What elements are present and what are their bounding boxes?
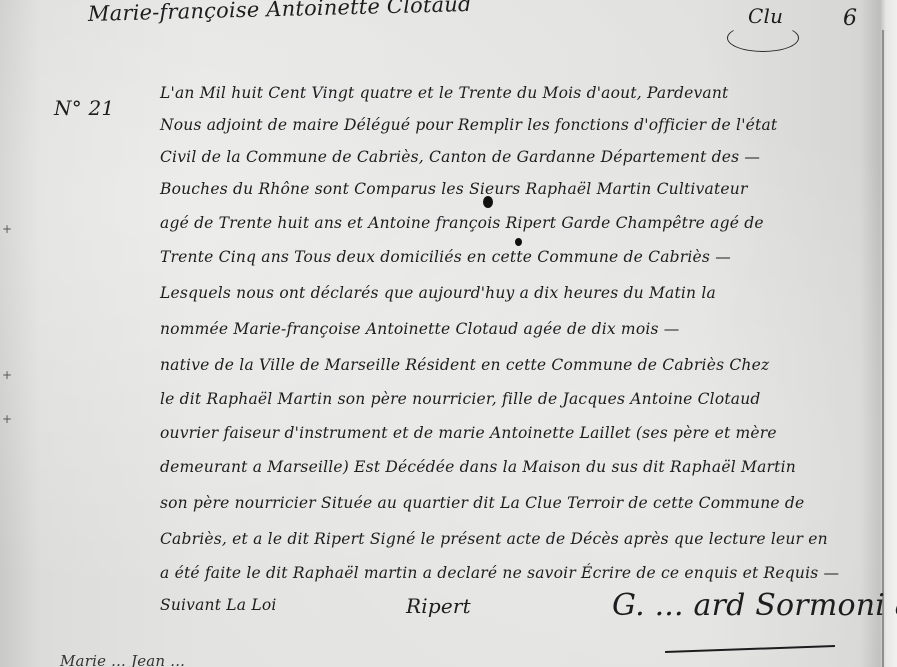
witness-signature: Ripert (406, 594, 471, 618)
body-line: L'an Mil huit Cent Vingt quatre et le Tr… (160, 84, 729, 102)
margin-tick: + (2, 222, 12, 236)
scanned-document-page: Marie-françoise Antoinette Clotaud Clu 6… (0, 0, 897, 667)
body-line: a été faite le dit Raphaël martin a decl… (160, 564, 839, 582)
margin-tick: + (2, 368, 12, 382)
body-line: Lesquels nous ont déclarés que aujourd'h… (160, 284, 716, 302)
ink-blot (515, 238, 522, 246)
body-line: Cabriès, et a le dit Ripert Signé le pré… (160, 530, 828, 548)
body-line: Trente Cinq ans Tous deux domiciliés en … (160, 248, 731, 266)
folio-number: 6 (843, 6, 857, 31)
body-line: Bouches du Rhône sont Comparus les Sieur… (160, 180, 748, 198)
body-line: ouvrier faiseur d'instrument et de marie… (160, 424, 777, 442)
record-number: N° 21 (54, 96, 114, 120)
margin-mark-flourish (727, 24, 799, 52)
body-line: nommée Marie-françoise Antoinette Clotau… (160, 320, 680, 338)
body-line: demeurant a Marseille) Est Décédée dans … (160, 458, 796, 476)
body-line: Civil de la Commune de Cabriès, Canton d… (160, 148, 760, 166)
margin-tick: + (2, 412, 12, 426)
body-line: le dit Raphaël Martin son père nourricie… (160, 390, 761, 408)
signature-flourish (665, 645, 835, 653)
body-line: native de la Ville de Marseille Résident… (160, 356, 769, 374)
page-binding-edge (882, 30, 884, 667)
body-line: Nous adjoint de maire Délégué pour Rempl… (160, 116, 777, 134)
record-subject-name: Marie-françoise Antoinette Clotaud (88, 0, 472, 26)
officer-signature: G. ... ard Sormoni adjt (612, 588, 897, 623)
next-record-fragment: Marie ... Jean ... (60, 652, 185, 667)
body-line: agé de Trente huit ans et Antoine franço… (160, 214, 764, 232)
ink-blot (483, 196, 493, 208)
body-line: son père nourricier Située au quartier d… (160, 494, 804, 512)
body-line: Suivant La Loi (160, 596, 277, 614)
